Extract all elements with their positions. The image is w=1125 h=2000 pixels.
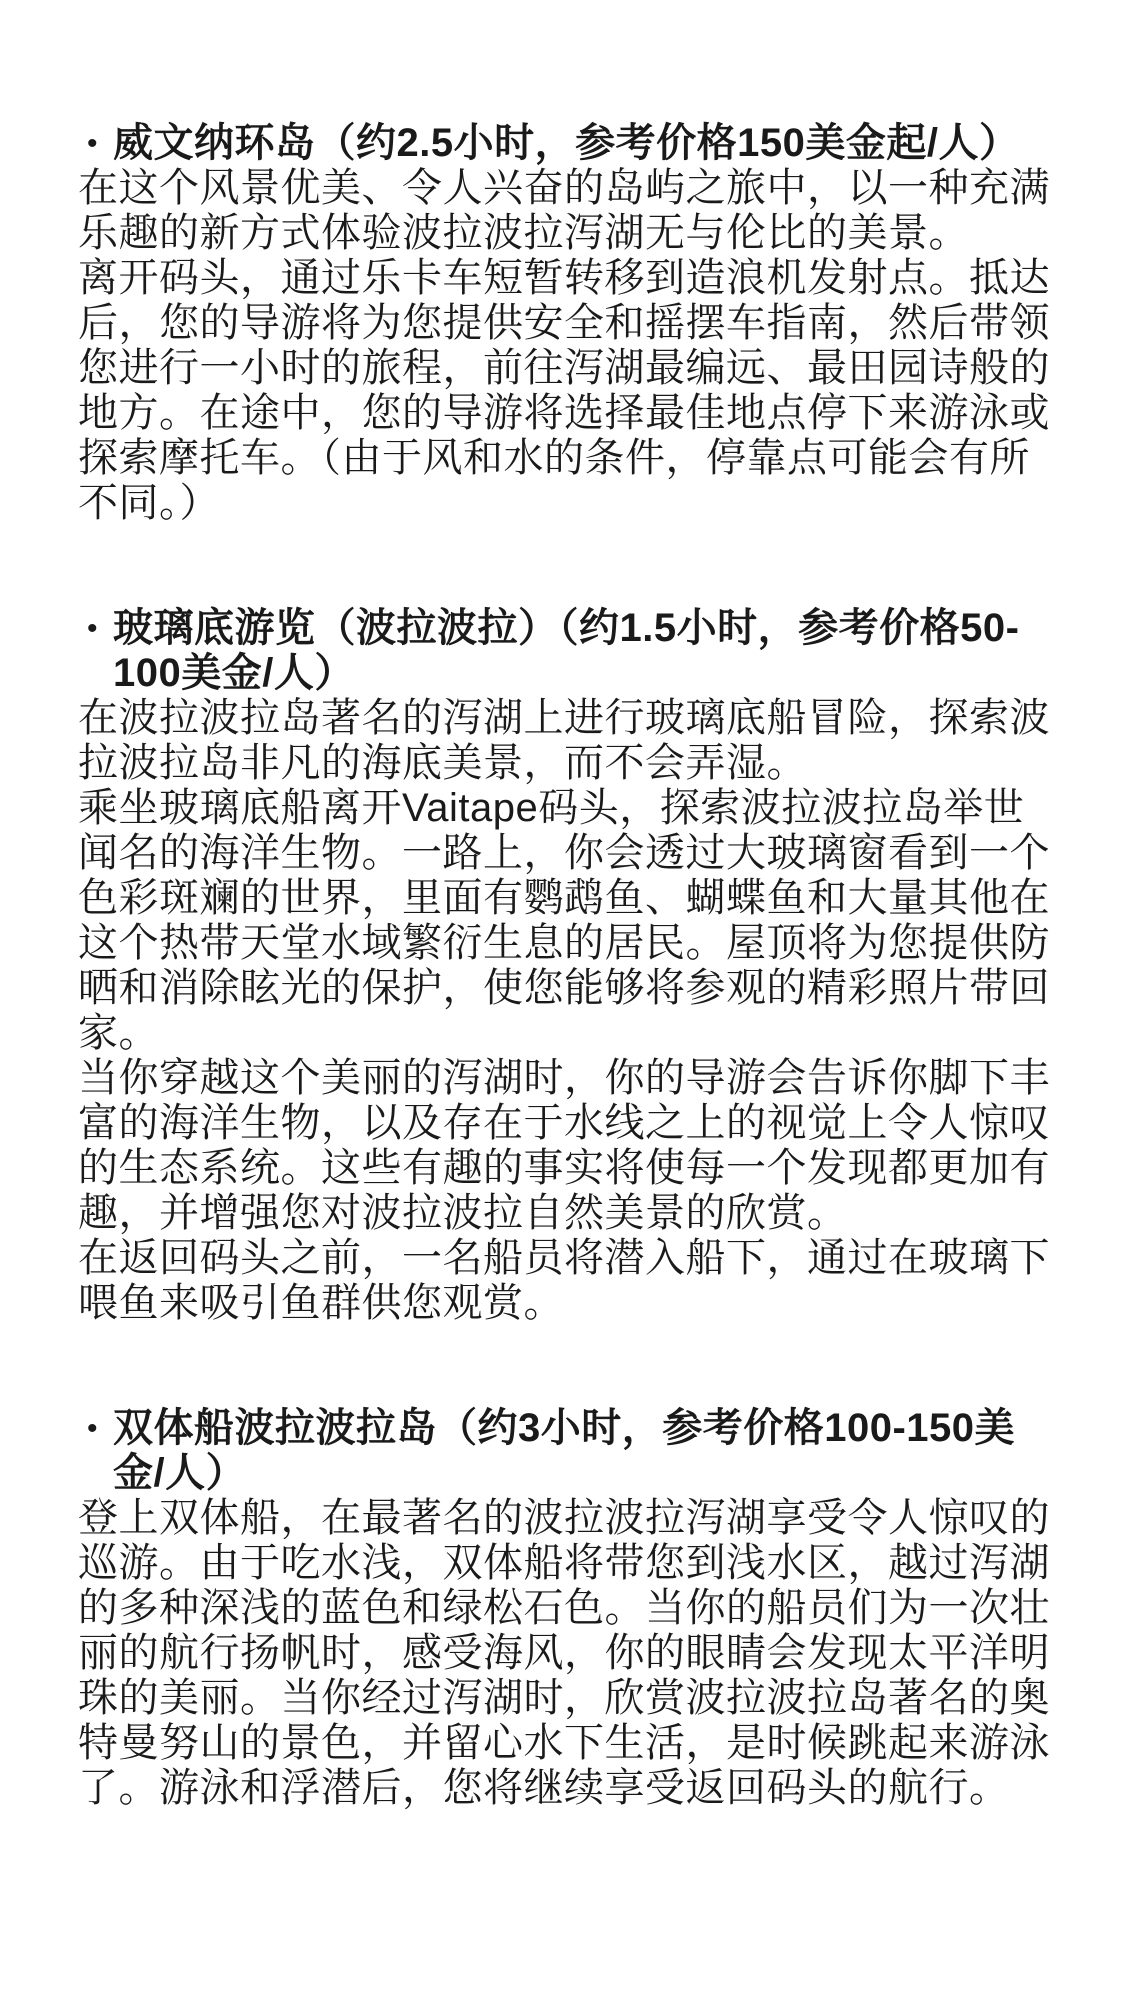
tour-description: 登上双体船，在最著名的波拉波拉泻湖享受令人惊叹的 巡游。由于吃水浅，双体船将带您… <box>78 1496 1080 1811</box>
tour-description: 在这个风景优美、令人兴奋的岛屿之旅中，以一种充满 乐趣的新方式体验波拉波拉泻湖无… <box>78 166 1080 526</box>
tour-description: 在波拉波拉岛著名的泻湖上进行玻璃底船冒险，探索波 拉波拉岛非凡的海底美景，而不会… <box>78 696 1080 1326</box>
tour-title: 双体船波拉波拉岛（约3小时，参考价格100-150美 金/人） <box>113 1406 1080 1496</box>
tour-paragraph: 乘坐玻璃底船离开Vaitape码头，探索波拉波拉岛举世 闻名的海洋生物。一路上，… <box>78 786 1080 1056</box>
tour-section-glass-bottom: • 玻璃底游览（波拉波拉）（约1.5小时，参考价格50- 100美金/人） 在波… <box>78 606 1080 1326</box>
tour-paragraph: 登上双体船，在最著名的波拉波拉泻湖享受令人惊叹的 巡游。由于吃水浅，双体船将带您… <box>78 1496 1080 1811</box>
tour-heading: • 威文纳环岛（约2.5小时，参考价格150美金起/人） <box>78 121 1080 166</box>
tour-paragraph: 当你穿越这个美丽的泻湖时，你的导游会告诉你脚下丰 富的海洋生物，以及存在于水线之… <box>78 1056 1080 1236</box>
tour-paragraph: 在返回码头之前，一名船员将潜入船下，通过在玻璃下 喂鱼来吸引鱼群供您观赏。 <box>78 1236 1080 1326</box>
tour-heading: • 双体船波拉波拉岛（约3小时，参考价格100-150美 金/人） <box>78 1406 1080 1496</box>
tour-section-wave-runner: • 威文纳环岛（约2.5小时，参考价格150美金起/人） 在这个风景优美、令人兴… <box>78 121 1080 526</box>
document-page: • 威文纳环岛（约2.5小时，参考价格150美金起/人） 在这个风景优美、令人兴… <box>0 0 1125 2000</box>
tour-paragraph: 离开码头，通过乐卡车短暂转移到造浪机发射点。抵达 后，您的导游将为您提供安全和摇… <box>78 256 1080 526</box>
bullet-icon: • <box>78 1406 113 1451</box>
tour-paragraph: 在这个风景优美、令人兴奋的岛屿之旅中，以一种充满 乐趣的新方式体验波拉波拉泻湖无… <box>78 166 1080 256</box>
bullet-icon: • <box>78 606 113 651</box>
tour-title: 玻璃底游览（波拉波拉）（约1.5小时，参考价格50- 100美金/人） <box>113 606 1080 696</box>
tour-paragraph: 在波拉波拉岛著名的泻湖上进行玻璃底船冒险，探索波 拉波拉岛非凡的海底美景，而不会… <box>78 696 1080 786</box>
tour-title: 威文纳环岛（约2.5小时，参考价格150美金起/人） <box>113 121 1080 166</box>
bullet-icon: • <box>78 121 113 166</box>
tour-heading: • 玻璃底游览（波拉波拉）（约1.5小时，参考价格50- 100美金/人） <box>78 606 1080 696</box>
tour-section-catamaran: • 双体船波拉波拉岛（约3小时，参考价格100-150美 金/人） 登上双体船，… <box>78 1406 1080 1811</box>
